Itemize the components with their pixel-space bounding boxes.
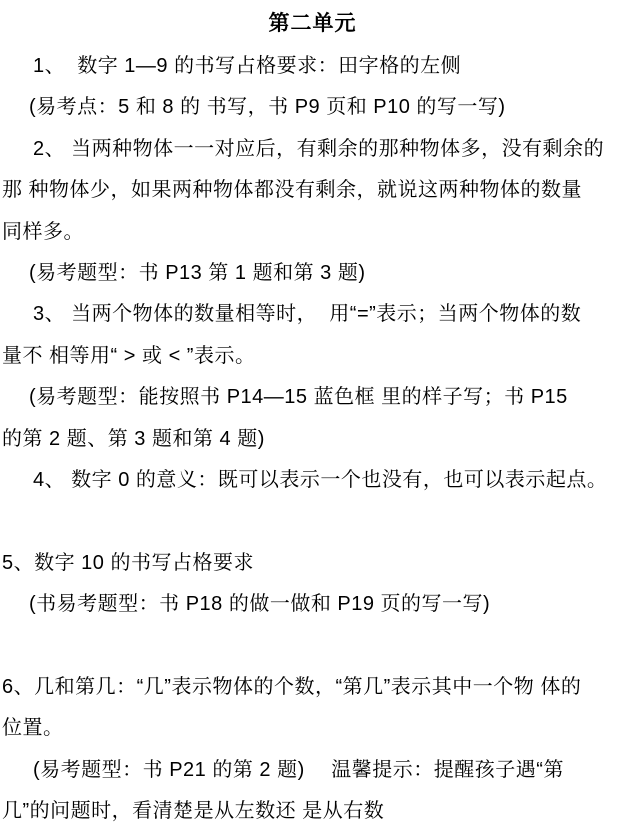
line-point5-note: (书易考题型：书 P18 的做一做和 P19 页的写一写) [2, 584, 623, 625]
line-point2-a: 2、 当两种物体一一对应后，有剩余的那种物体多，没有剩余的 [2, 129, 623, 170]
line-point5: 5、数字 10 的书写占格要求 [2, 543, 623, 584]
line-point6-note-b: 几”的问题时，看清楚是从左数还 是从右数 [2, 791, 623, 832]
line-point6-note-a: (易考题型：书 P21 的第 2 题) 温馨提示：提醒孩子遇“第 [2, 750, 623, 791]
line-point4: 4、 数字 0 的意义：既可以表示一个也没有，也可以表示起点。 [2, 460, 623, 501]
line-point3-note-a: (易考题型：能按照书 P14—15 蓝色框 里的样子写；书 P15 [2, 377, 623, 418]
page-title: 第二单元 [2, 2, 623, 46]
line-point2-note: (易考题型：书 P13 第 1 题和第 3 题) [2, 253, 623, 294]
line-point3-note-b: 的第 2 题、第 3 题和第 4 题) [2, 419, 623, 460]
line-point2-b: 那 种物体少，如果两种物体都没有剩余，就说这两种物体的数量 [2, 170, 623, 211]
line-point3-a: 3、 当两个物体的数量相等时， 用“=”表示；当两个物体的数 [2, 294, 623, 335]
document-page: 第二单元 1、 数字 1—9 的书写占格要求：田字格的左侧 (易考点：5 和 8… [0, 0, 643, 838]
line-point6-b: 位置。 [2, 708, 623, 749]
line-point2-c: 同样多。 [2, 212, 623, 253]
line-point1-note: (易考点：5 和 8 的 书写，书 P9 页和 P10 的写一写) [2, 87, 623, 128]
line-blank-1 [2, 501, 623, 542]
line-point1: 1、 数字 1—9 的书写占格要求：田字格的左侧 [2, 46, 623, 87]
line-point3-b: 量不 相等用“ > 或 < ”表示。 [2, 336, 623, 377]
line-point6-a: 6、几和第几：“几”表示物体的个数，“第几”表示其中一个物 体的 [2, 667, 623, 708]
line-blank-2 [2, 625, 623, 666]
